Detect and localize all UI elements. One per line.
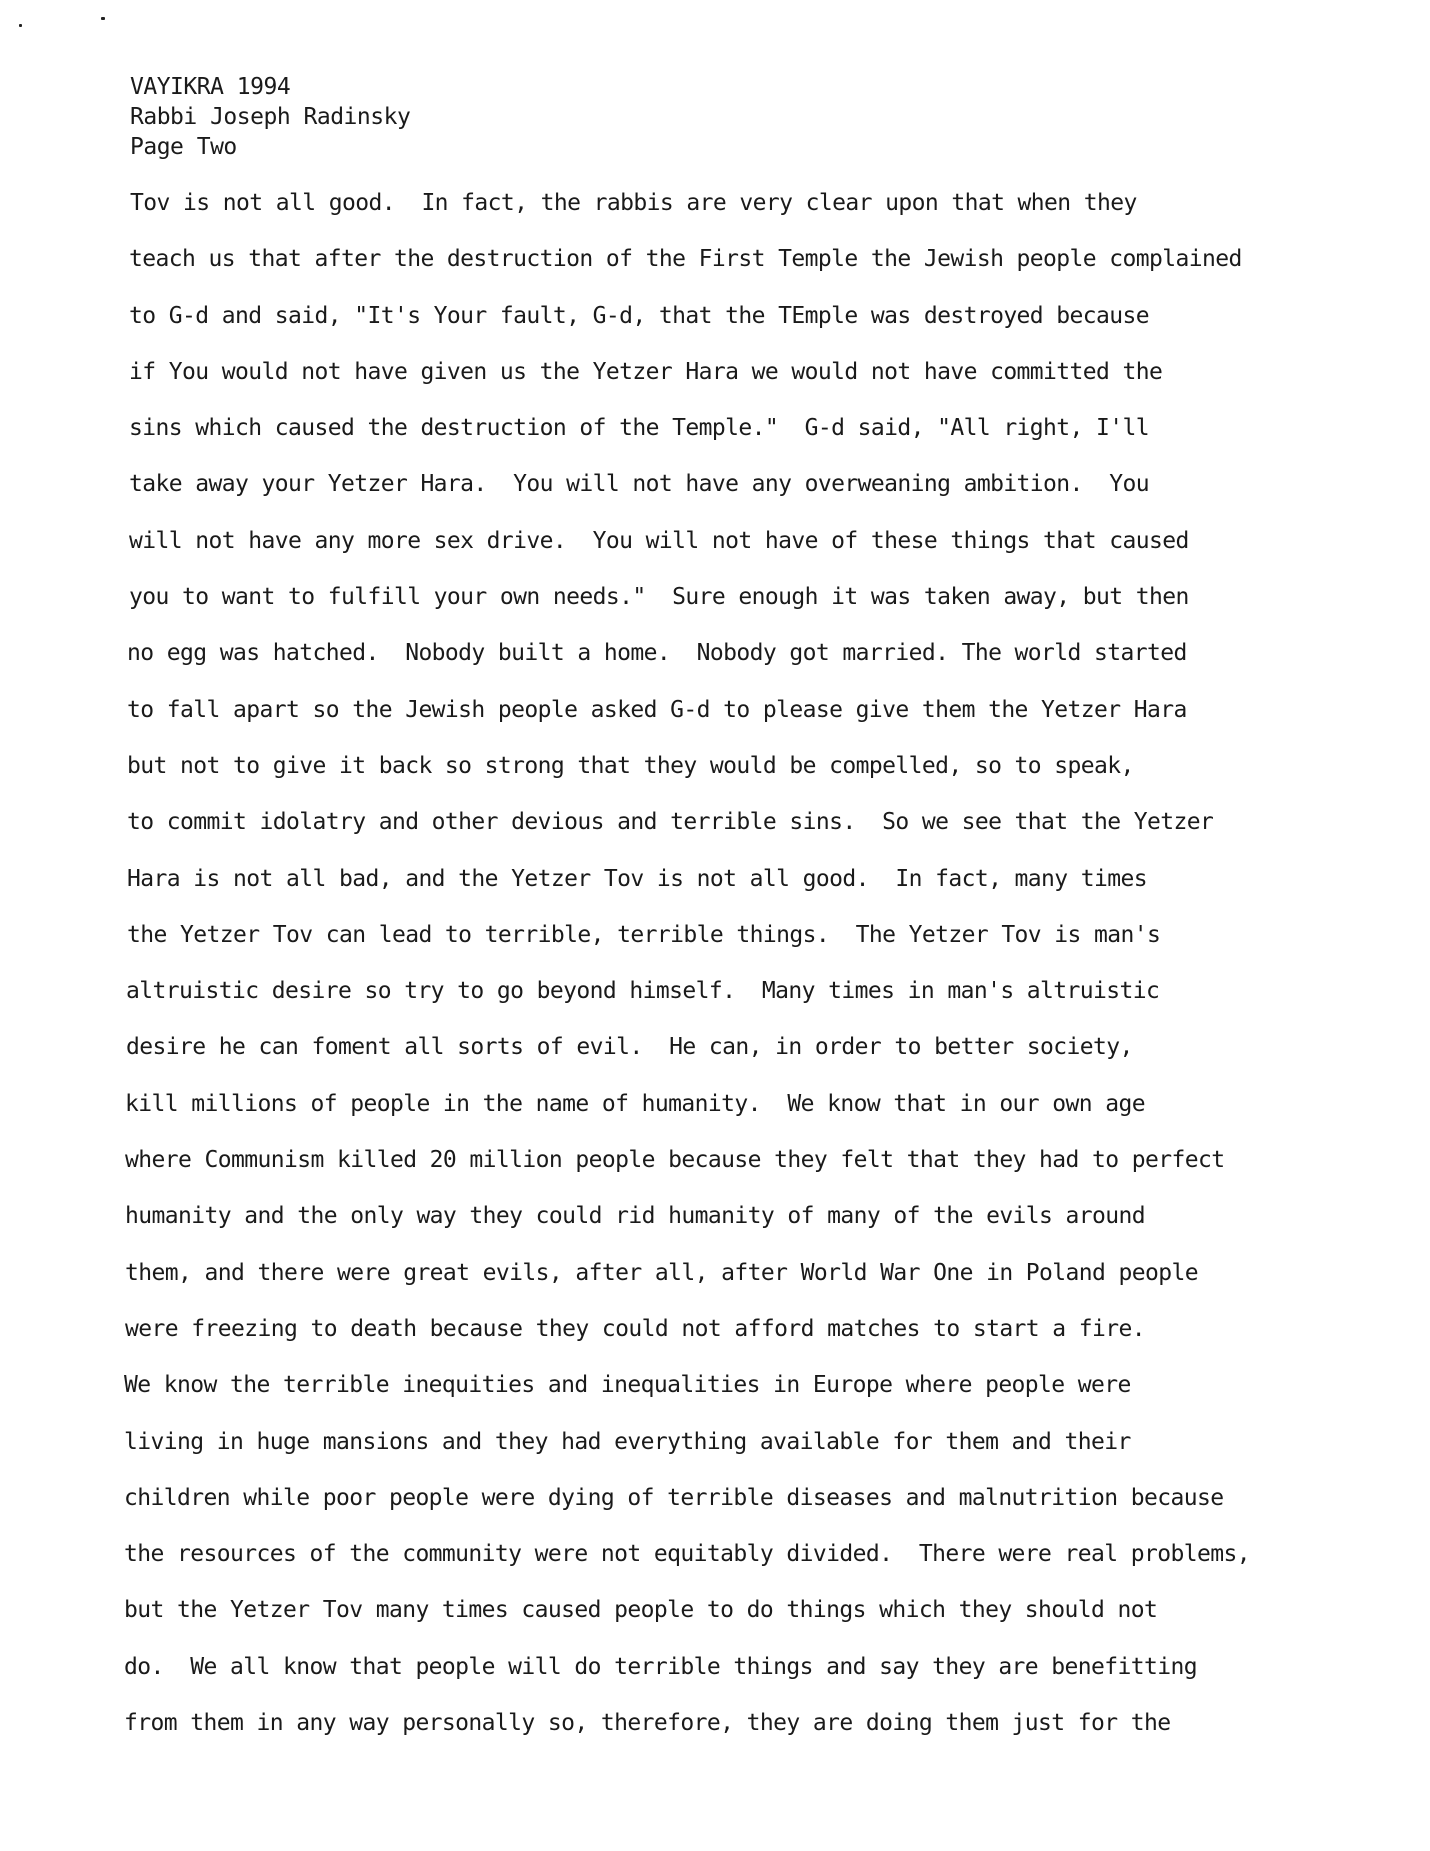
scan-speck — [101, 17, 105, 20]
scan-speck — [19, 24, 22, 27]
page-label: Page Two — [130, 132, 410, 162]
text-line: no egg was hatched. Nobody built a home.… — [127, 638, 1327, 694]
document-header: VAYIKRA 1994 Rabbi Joseph Radinsky Page … — [130, 72, 410, 162]
document-body: Tov is not all good. In fact, the rabbis… — [127, 188, 1327, 1764]
text-line: sins which caused the destruction of the… — [129, 413, 1327, 469]
text-line: take away your Yetzer Hara. You will not… — [129, 469, 1327, 525]
text-line: but not to give it back so strong that t… — [127, 751, 1327, 807]
text-line: you to want to fulfill your own needs." … — [129, 582, 1327, 638]
text-line: but the Yetzer Tov many times caused peo… — [124, 1595, 1327, 1651]
text-line: desire he can foment all sorts of evil. … — [126, 1032, 1327, 1088]
text-line: children while poor people were dying of… — [124, 1483, 1327, 1539]
text-line: to G-d and said, "It's Your fault, G-d, … — [129, 301, 1327, 357]
text-line: were freezing to death because they coul… — [125, 1314, 1327, 1370]
text-line: altruistic desire so try to go beyond hi… — [126, 976, 1327, 1032]
text-line: do. We all know that people will do terr… — [124, 1652, 1327, 1708]
text-line: from them in any way personally so, ther… — [124, 1708, 1327, 1764]
text-line: Tov is not all good. In fact, the rabbis… — [130, 188, 1327, 244]
text-line: them, and there were great evils, after … — [125, 1258, 1327, 1314]
text-line: where Communism killed 20 million people… — [125, 1145, 1327, 1201]
text-line: humanity and the only way they could rid… — [125, 1201, 1327, 1257]
text-line: the resources of the community were not … — [124, 1539, 1327, 1595]
text-line: will not have any more sex drive. You wi… — [129, 526, 1327, 582]
text-line: living in huge mansions and they had eve… — [124, 1427, 1327, 1483]
text-line: to fall apart so the Jewish people asked… — [127, 695, 1327, 751]
text-line: if You would not have given us the Yetze… — [129, 357, 1327, 413]
document-author: Rabbi Joseph Radinsky — [130, 102, 410, 132]
document-title: VAYIKRA 1994 — [130, 72, 410, 102]
text-line: We know the terrible inequities and ineq… — [124, 1370, 1327, 1426]
text-line: kill millions of people in the name of h… — [125, 1089, 1327, 1145]
text-line: Hara is not all bad, and the Yetzer Tov … — [127, 864, 1327, 920]
text-line: the Yetzer Tov can lead to terrible, ter… — [127, 920, 1327, 976]
text-line: to commit idolatry and other devious and… — [127, 807, 1327, 863]
text-line: teach us that after the destruction of t… — [129, 244, 1327, 300]
